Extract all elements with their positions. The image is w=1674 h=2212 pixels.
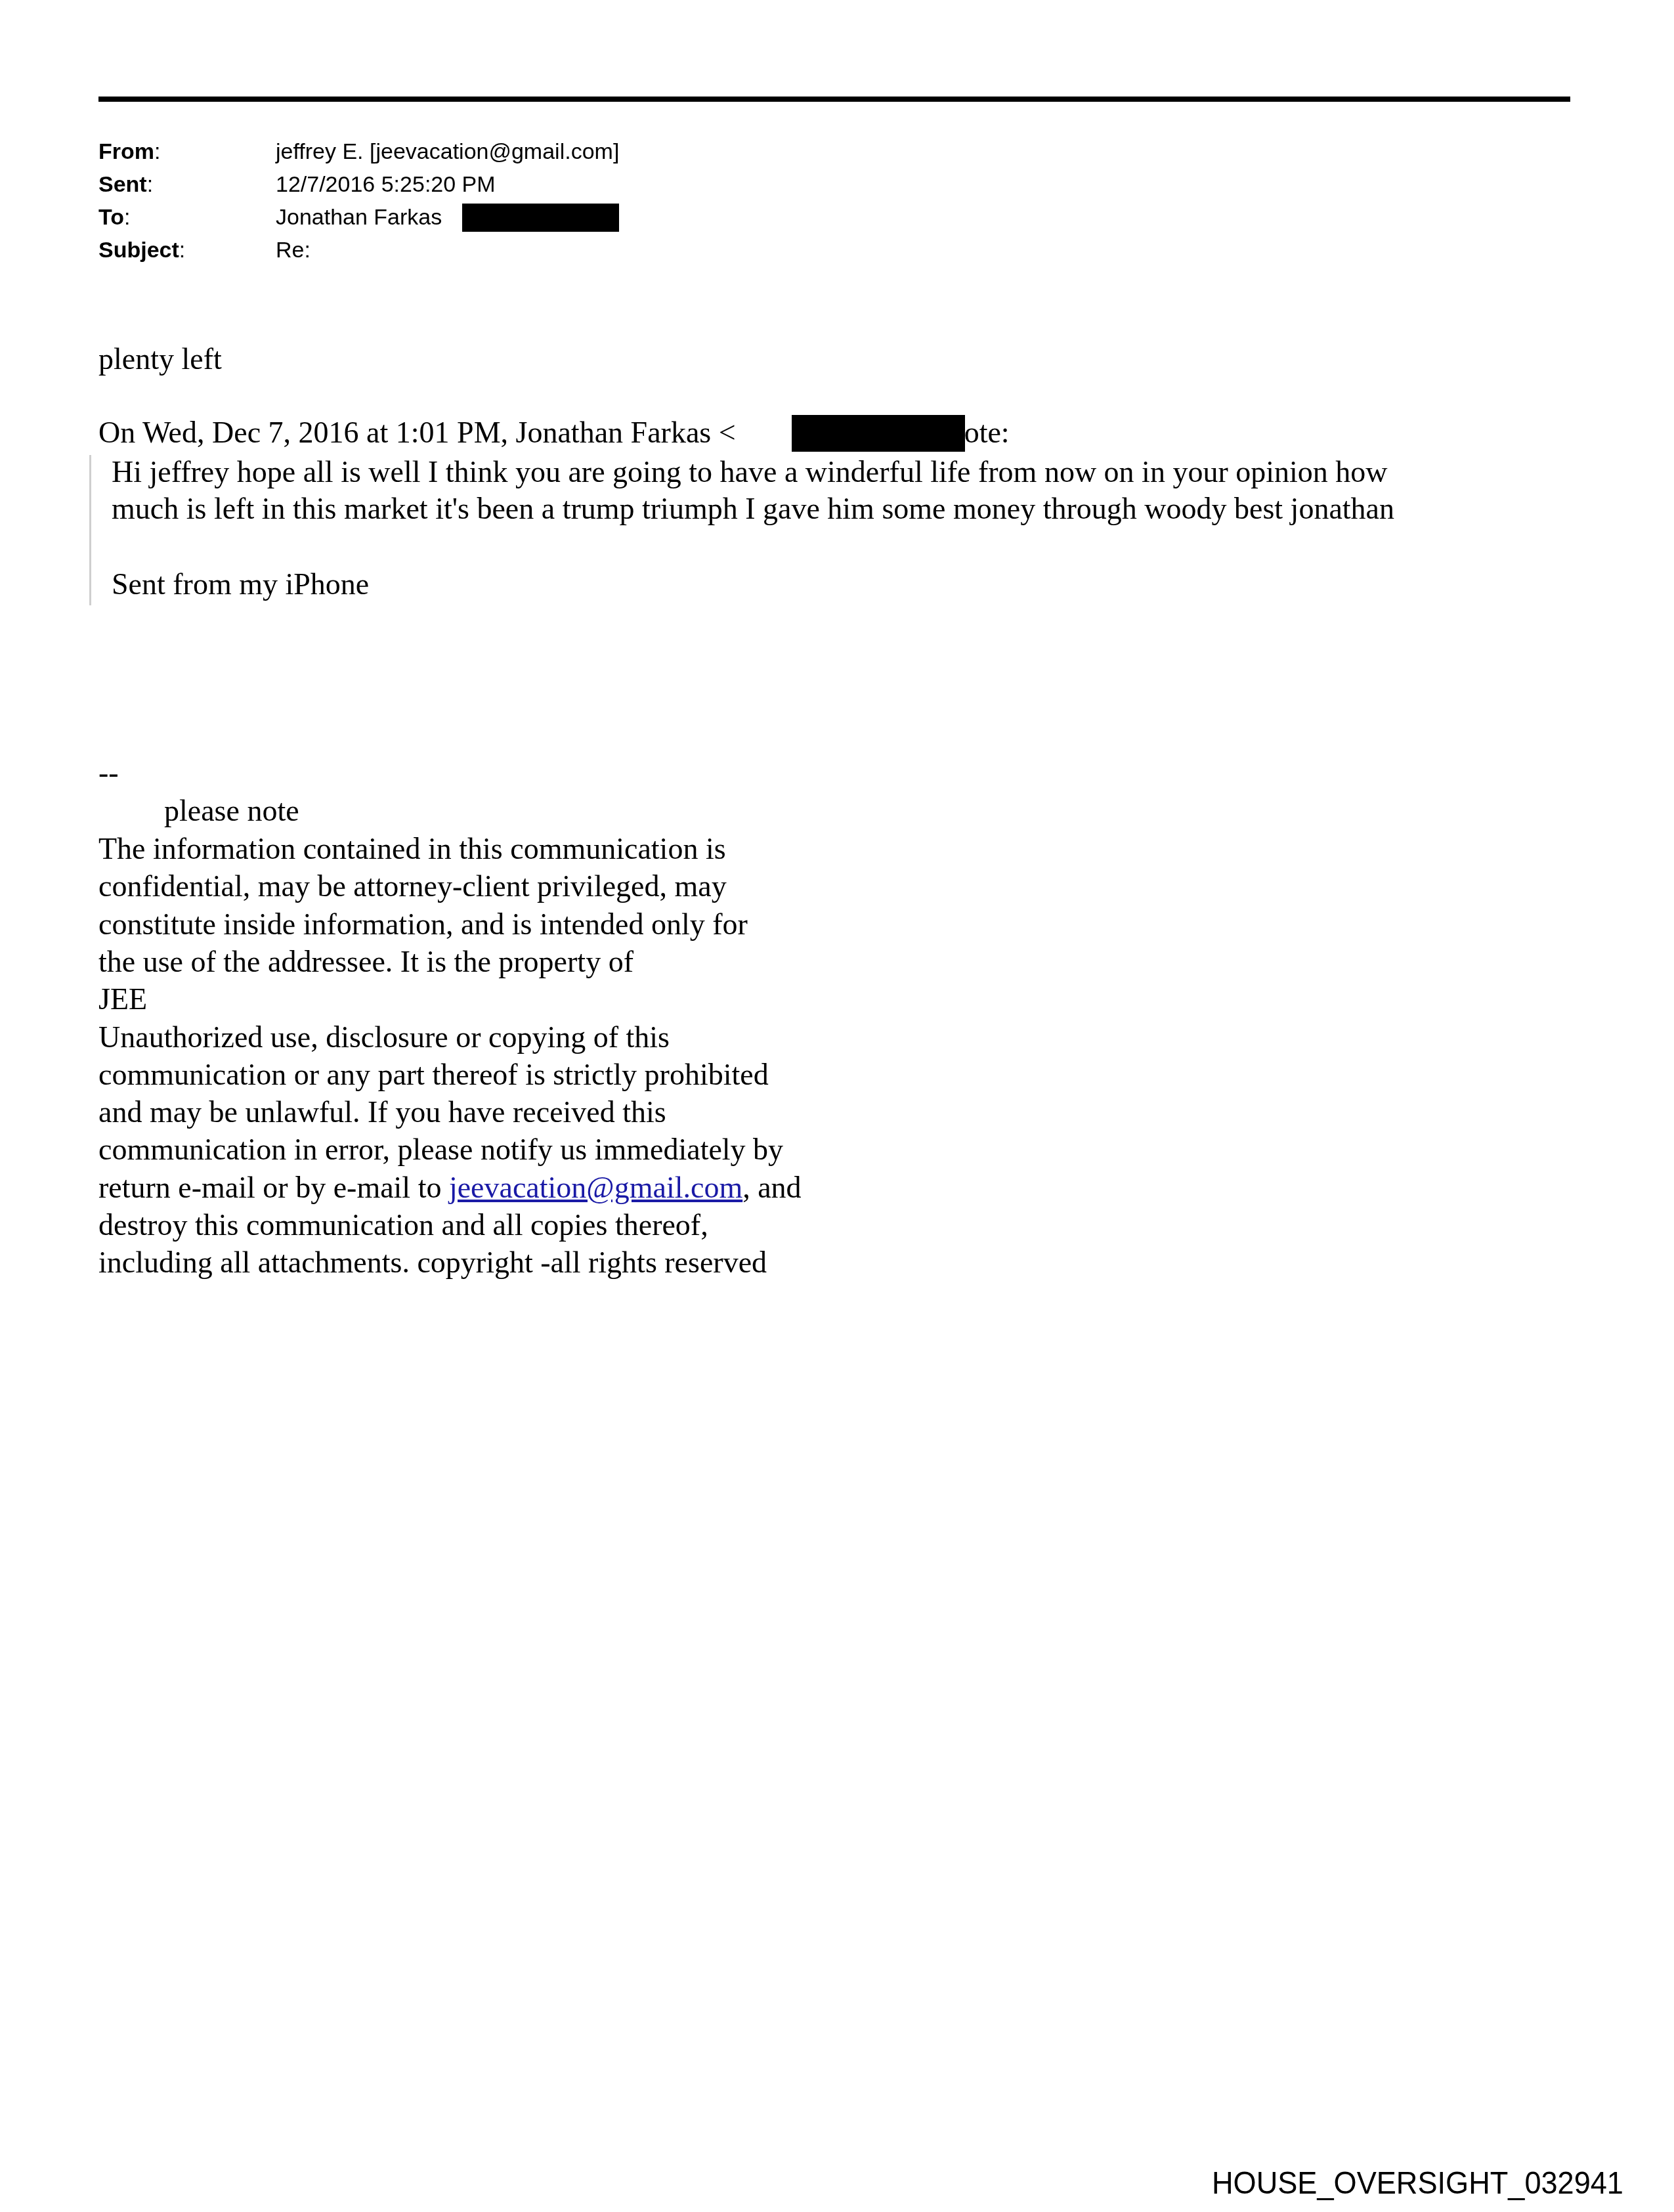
redaction-to-email [462,204,619,232]
subject-label: Subject: [98,234,185,267]
redaction-sender-email [792,415,965,452]
disclaimer-line: including all attachments. copyright -al… [98,1244,767,1281]
please-note: please note [164,792,299,829]
reply-text: plenty left [98,340,222,378]
bates-number: HOUSE_OVERSIGHT_032941 [1212,2164,1623,2203]
disclaimer-line: communication or any part thereof is str… [98,1056,769,1093]
disclaimer-line: destroy this communication and all copie… [98,1206,708,1244]
disclaimer-line: Unauthorized use, disclosure or copying … [98,1018,670,1056]
disclaimer-line: The information contained in this commun… [98,830,726,867]
signature-separator: -- [98,754,119,791]
quoted-line: Hi jeffrey hope all is well I think you … [112,453,1388,490]
sent-value: 12/7/2016 5:25:20 PM [276,168,496,201]
quoted-line: much is left in this market it's been a … [112,490,1394,527]
sent-label: Sent: [98,168,153,201]
to-value: Jonathan Farkas [276,201,442,234]
header-divider [98,97,1570,102]
disclaimer-line: and may be unlawful. If you have receive… [98,1093,666,1131]
from-value: jeffrey E. [jeevacation@gmail.com] [276,135,619,168]
disclaimer-link-line: return e-mail or by e-mail to jeevacatio… [98,1169,802,1206]
disclaimer-line: constitute inside information, and is in… [98,905,748,943]
subject-value: Re: [276,234,311,267]
disclaimer-line: JEE [98,980,147,1018]
to-label: To: [98,201,130,234]
quote-bar [89,455,91,605]
disclaimer-line: confidential, may be attorney-client pri… [98,867,727,905]
from-label: From: [98,135,160,168]
quoted-signature: Sent from my iPhone [112,565,369,603]
email-link[interactable]: jeevacation@gmail.com [449,1171,742,1204]
disclaimer-line: the use of the addressee. It is the prop… [98,943,633,980]
disclaimer-line: communication in error, please notify us… [98,1131,783,1168]
